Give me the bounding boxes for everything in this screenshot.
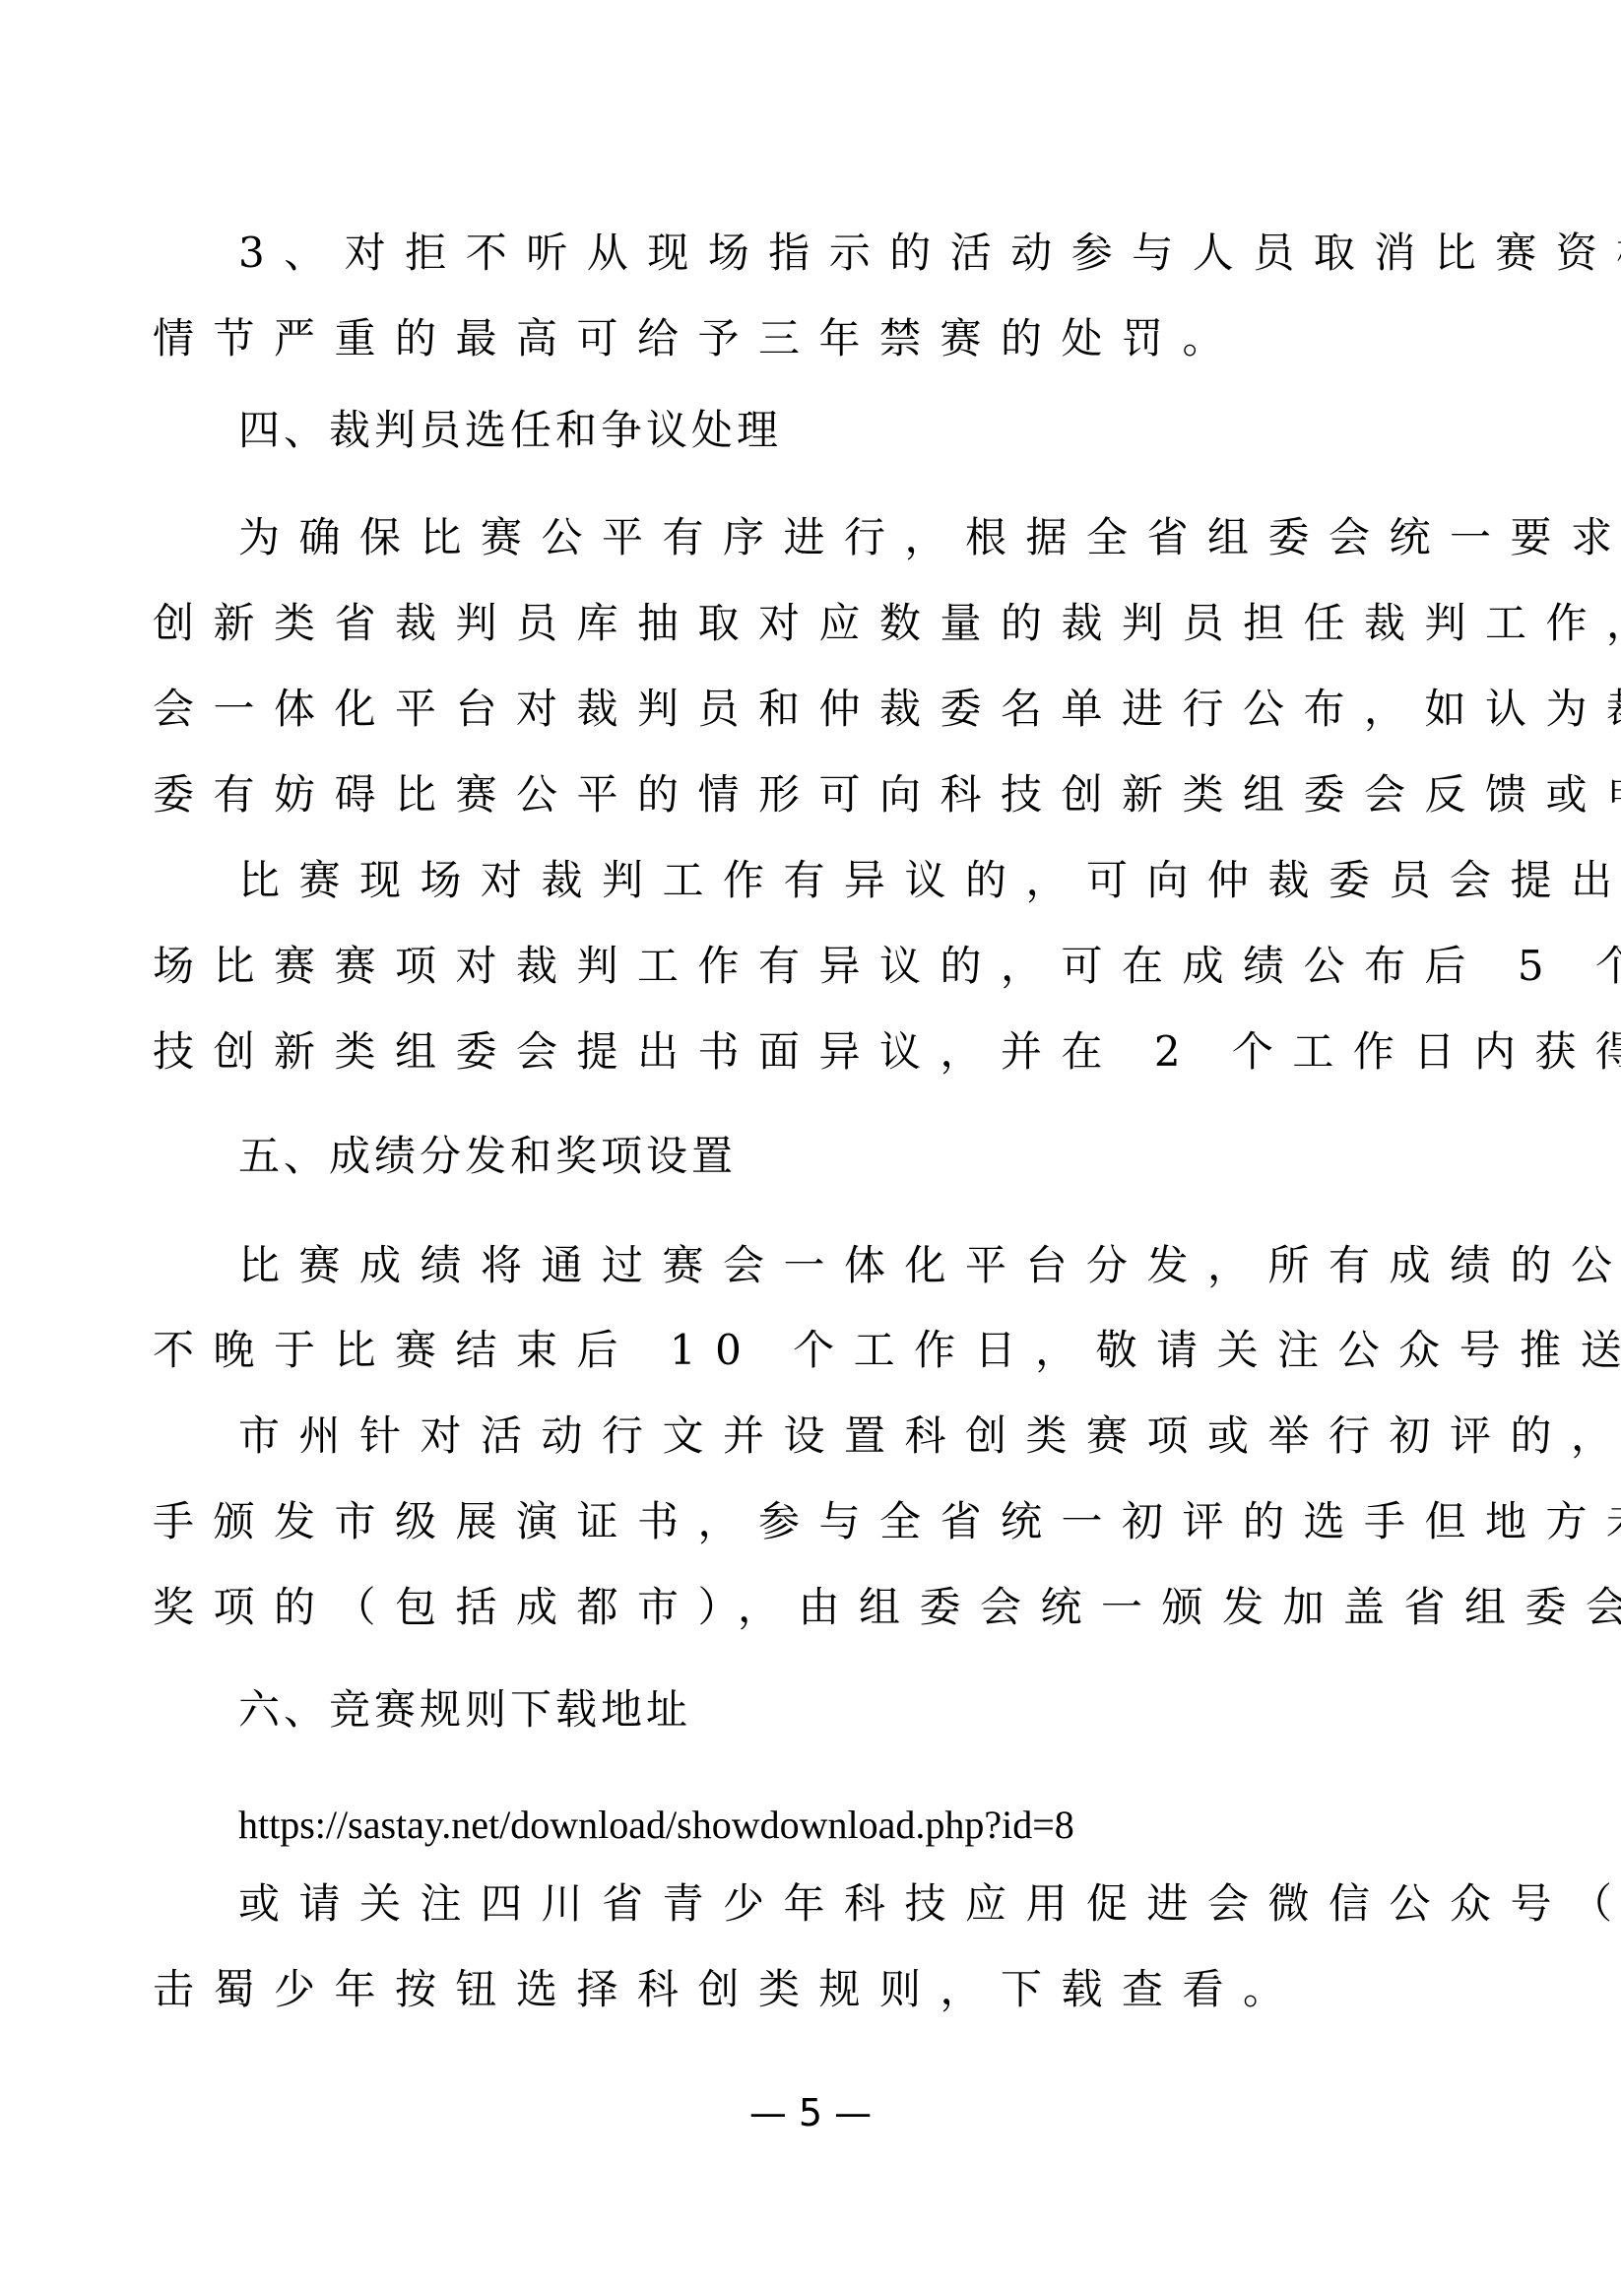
paragraph-line: 场比赛赛项对裁判工作有异议的，可在成绩公布后 5 个工作日内向科 xyxy=(153,937,1492,996)
document-page: 3、对拒不听从现场指示的活动参与人员取消比赛资格并通报批评， 情节严重的最高可给… xyxy=(0,0,1621,2296)
paragraph-line: 比赛现场对裁判工作有异议的，可向仲裁委员会提出申诉，非现 xyxy=(238,851,1578,910)
paragraph-line: 情节严重的最高可给予三年禁赛的处罚。 xyxy=(153,309,1492,368)
paragraph-line: 手颁发市级展演证书，参与全省统一初评的选手但地方未设置科创类 xyxy=(153,1492,1492,1551)
section-heading-6: 六、竞赛规则下载地址 xyxy=(238,1680,691,1739)
page-number: — 5 — xyxy=(0,2093,1621,2132)
paragraph-line: 奖项的（包括成都市），由组委会统一颁发加盖省组委会公章的证书。 xyxy=(153,1578,1492,1637)
paragraph-line: 或请关注四川省青少年科技应用促进会微信公众号（Sastay），点 xyxy=(238,1874,1578,1934)
paragraph-line: 击蜀少年按钮选择科创类规则，下载查看。 xyxy=(153,1960,1492,2019)
paragraph-line: 会一体化平台对裁判员和仲裁委名单进行公布，如认为裁判员或仲裁 xyxy=(153,680,1492,739)
paragraph-line: 不晚于比赛结束后 10 个工作日，敬请关注公众号推送和短信通知。 xyxy=(153,1321,1492,1380)
paragraph-line: 创新类省裁判员库抽取对应数量的裁判员担任裁判工作，赛前将在赛 xyxy=(153,594,1492,653)
section-heading-4: 四、裁判员选任和争议处理 xyxy=(238,401,782,460)
paragraph-line: 技创新类组委会提出书面异议，并在 2 个工作日内获得答复。 xyxy=(153,1022,1492,1082)
paragraph-line: 3、对拒不听从现场指示的活动参与人员取消比赛资格并通报批评， xyxy=(238,224,1578,283)
download-url-link[interactable]: https://sastay.net/download/showdownload… xyxy=(238,1796,1074,1855)
paragraph-line: 市州针对活动行文并设置科创类赛项或举行初评的，由市州向选 xyxy=(238,1407,1578,1466)
section-heading-5: 五、成绩分发和奖项设置 xyxy=(238,1127,737,1186)
paragraph-line: 为确保比赛公平有序进行，根据全省组委会统一要求，将从科技 xyxy=(238,508,1578,567)
paragraph-line: 比赛成绩将通过赛会一体化平台分发，所有成绩的公布时间预计 xyxy=(238,1236,1578,1295)
paragraph-line: 委有妨碍比赛公平的情形可向科技创新类组委会反馈或申请回避。 xyxy=(153,765,1492,824)
